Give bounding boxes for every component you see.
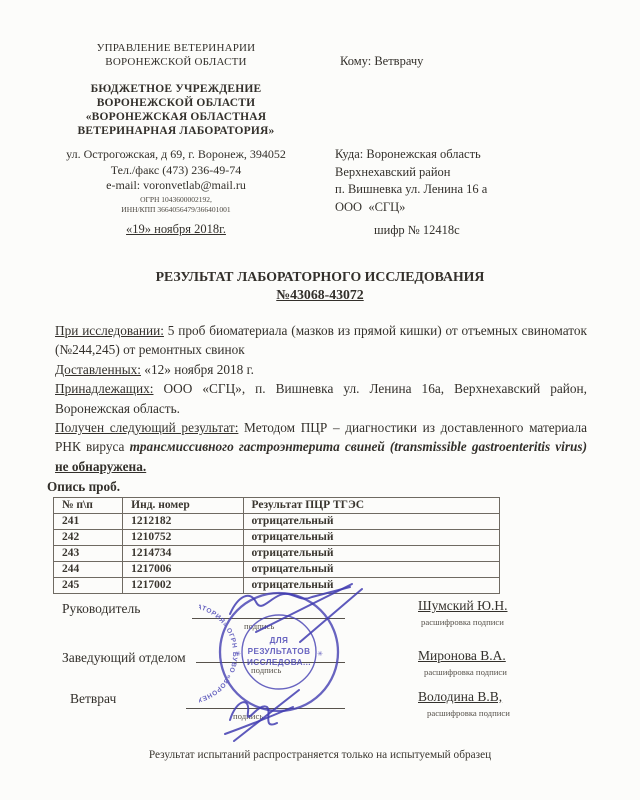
inn-kpp-number: ИНН/КПП 3664056479/366401001 — [30, 205, 322, 214]
signature-role-director: Руководитель — [62, 601, 140, 617]
document-number: №43068-43072 — [0, 287, 640, 303]
table-cell: отрицательный — [243, 514, 499, 530]
text-segment: При исследовании: — [55, 323, 164, 338]
signature-name-head-of-department: Миронова В.А. — [418, 648, 506, 664]
cipher-number: шифр № 12418с — [374, 223, 460, 238]
document-date: «19» ноября 2018г. — [30, 222, 322, 237]
footer-note: Результат испытаний распространяется тол… — [0, 749, 640, 761]
text-segment: «12» ноября 2018 г. — [141, 362, 254, 377]
samples-table-head: № п\п Инд. номер Результат ПЦР ТГЭС — [54, 498, 500, 514]
stamp-center-line: ИССЛЕДОВА... — [247, 658, 311, 667]
authority-line: ВОРОНЕЖСКОЙ ОБЛАСТИ — [30, 56, 322, 70]
authority-name: УПРАВЛЕНИЕ ВЕТЕРИНАРИИ ВОРОНЕЖСКОЙ ОБЛАС… — [30, 42, 322, 69]
samples-heading: Опись проб. — [47, 479, 120, 495]
ogrn-number: ОГРН 1043600002192, — [30, 195, 322, 204]
table-cell: отрицательный — [243, 530, 499, 546]
org-line: «ВОРОНЕЖСКАЯ ОБЛАСТНАЯ — [30, 110, 322, 124]
recipient-address-line: ООО «СГЦ» — [335, 199, 487, 217]
column-header-ind-number: Инд. номер — [123, 498, 243, 514]
org-line: БЮДЖЕТНОЕ УЧРЕЖДЕНИЕ — [30, 82, 322, 96]
recipient-to: Кому: Ветврачу — [340, 54, 423, 69]
recipient-address-line: Куда: Воронежская область — [335, 146, 487, 164]
stamp-ring-text: БУВО «ВОРОНЕЖСКАЯ ОБЛАСТНАЯ ВЕТЕРИНАРНАЯ… — [199, 572, 238, 704]
stamp-star-icon: ✳ — [317, 650, 323, 658]
organization-name: БЮДЖЕТНОЕ УЧРЕЖДЕНИЕ ВОРОНЕЖСКОЙ ОБЛАСТИ… — [30, 82, 322, 138]
column-header-number: № п\п — [54, 498, 123, 514]
authority-line: УПРАВЛЕНИЕ ВЕТЕРИНАРИИ — [30, 42, 322, 56]
round-stamp: БУВО «ВОРОНЕЖСКАЯ ОБЛАСТНАЯ ВЕТЕРИНАРНАЯ… — [199, 572, 359, 732]
text-segment: Принадлежащих: — [55, 381, 153, 396]
signature-name-caption: расшифровка подписи — [424, 667, 507, 677]
paragraph-result: Получен следующий результат: Методом ПЦР… — [55, 418, 587, 476]
header-left: УПРАВЛЕНИЕ ВЕТЕРИНАРИИ ВОРОНЕЖСКОЙ ОБЛАС… — [30, 42, 322, 214]
body-text: При исследовании: 5 проб биоматериала (м… — [55, 321, 587, 476]
table-row: 2421210752отрицательный — [54, 530, 500, 546]
document-page: УПРАВЛЕНИЕ ВЕТЕРИНАРИИ ВОРОНЕЖСКОЙ ОБЛАС… — [0, 0, 640, 800]
stamp-star-icon: ✳ — [235, 650, 241, 658]
email: e-mail: voronvetlab@mail.ru — [30, 178, 322, 194]
table-cell: отрицательный — [243, 546, 499, 562]
signature-role-head-of-department: Заведующий отделом — [62, 650, 186, 666]
document-title: РЕЗУЛЬТАТ ЛАБОРАТОРНОГО ИССЛЕДОВАНИЯ — [0, 269, 640, 285]
text-segment: не обнаружена. — [55, 459, 146, 474]
signature-role-vet: Ветврач — [70, 691, 116, 707]
recipient-address: Куда: Воронежская область Верхнехавский … — [335, 146, 487, 216]
signature-name-director: Шумский Ю.Н. — [418, 598, 507, 614]
street-address: ул. Острогожская, д 69, г. Воронеж, 3940… — [30, 147, 322, 163]
table-cell: 241 — [54, 514, 123, 530]
phone-fax: Тел./факс (473) 236-49-74 — [30, 163, 322, 179]
table-header-row: № п\п Инд. номер Результат ПЦР ТГЭС — [54, 498, 500, 514]
paragraph-owner: Принадлежащих: ООО «СГЦ», п. Вишневка ул… — [55, 379, 587, 418]
org-line: ВОРОНЕЖСКОЙ ОБЛАСТИ — [30, 96, 322, 110]
text-segment: Доставленных: — [55, 362, 141, 377]
text-segment: трансмиссивного гастроэнтерита свиней (t… — [130, 439, 587, 454]
table-cell: 244 — [54, 562, 123, 578]
column-header-result: Результат ПЦР ТГЭС — [243, 498, 499, 514]
recipient-address-line: п. Вишневка ул. Ленина 16 а — [335, 181, 487, 199]
stamp-center-line: РЕЗУЛЬТАТОВ — [248, 647, 311, 656]
table-cell: 245 — [54, 578, 123, 594]
signature-name-vet: Володина В.В, — [418, 689, 502, 705]
table-row: 2411212182отрицательный — [54, 514, 500, 530]
table-cell: 1210752 — [123, 530, 243, 546]
org-line: ВЕТЕРИНАРНАЯ ЛАБОРАТОРИЯ» — [30, 124, 322, 138]
table-cell: 243 — [54, 546, 123, 562]
signature-name-caption: расшифровка подписи — [421, 617, 504, 627]
text-segment: Получен следующий результат: — [55, 420, 238, 435]
paragraph-research: При исследовании: 5 проб биоматериала (м… — [55, 321, 587, 360]
table-cell: 242 — [54, 530, 123, 546]
recipient-address-line: Верхнехавский район — [335, 164, 487, 182]
paragraph-delivered: Доставленных: «12» ноября 2018 г. — [55, 360, 587, 379]
table-row: 2431214734отрицательный — [54, 546, 500, 562]
address-block: ул. Острогожская, д 69, г. Воронеж, 3940… — [30, 147, 322, 214]
table-cell: 1212182 — [123, 514, 243, 530]
table-cell: 1214734 — [123, 546, 243, 562]
stamp-center-line: ДЛЯ — [270, 636, 289, 645]
signature-name-caption: расшифровка подписи — [427, 708, 510, 718]
